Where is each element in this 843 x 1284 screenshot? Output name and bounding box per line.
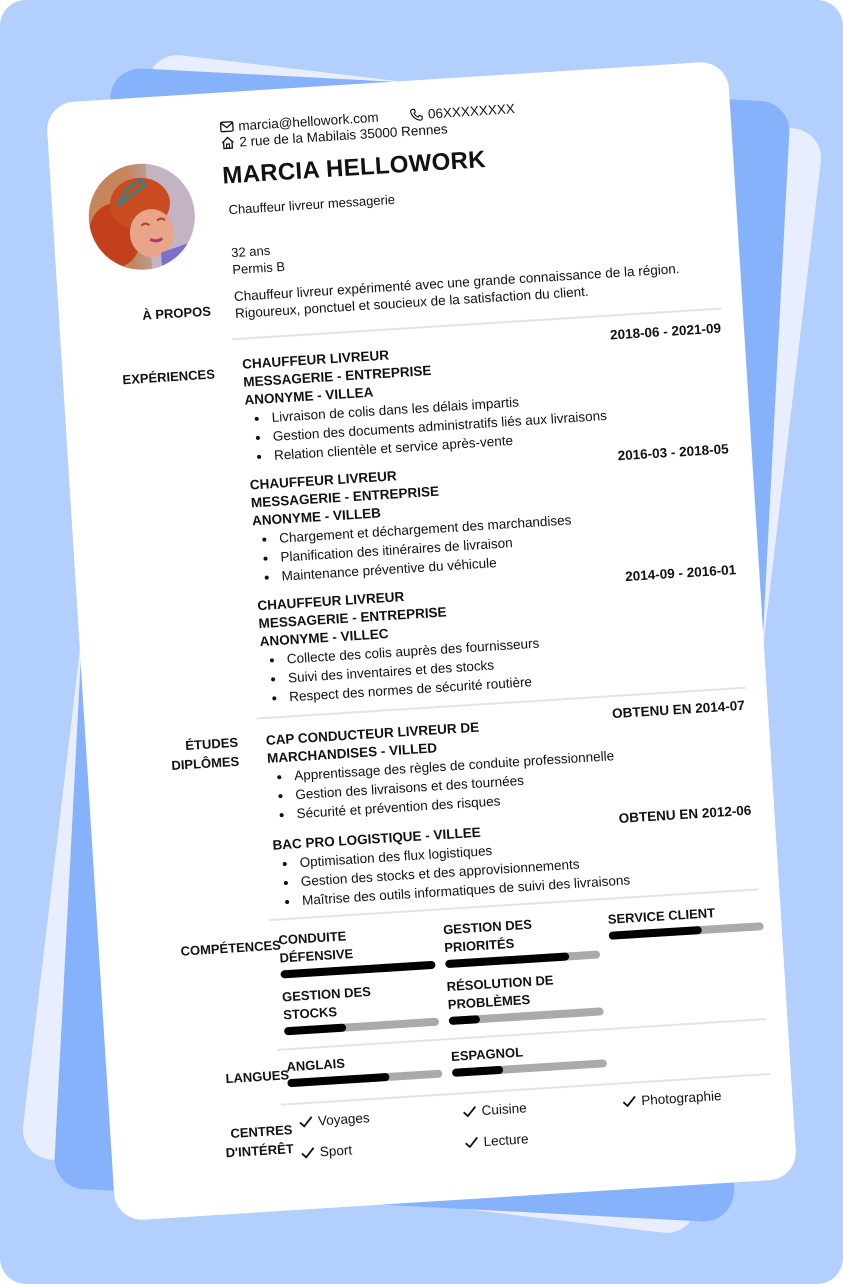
- check-icon: [463, 1135, 480, 1150]
- envelope-icon: [219, 119, 235, 135]
- interest-label: Lecture: [483, 1131, 529, 1149]
- skill-item: SERVICE CLIENT: [607, 901, 764, 940]
- check-icon: [621, 1094, 638, 1109]
- language-item: ESPAGNOL: [451, 1038, 608, 1077]
- avatar-photo: [86, 161, 198, 273]
- interest-label: Cuisine: [481, 1100, 527, 1118]
- check-icon: [299, 1145, 316, 1160]
- resume-card: marcia@hellowork.com 06XXXXXXXX 2 rue de…: [46, 61, 798, 1222]
- section-label-skills: COMPÉTENCES: [119, 935, 282, 964]
- avatar-illustration-icon: [86, 161, 198, 273]
- skill-name: CONDUITE DÉFENSIVE: [278, 925, 390, 968]
- skill-item: CONDUITE DÉFENSIVE: [278, 922, 436, 979]
- check-icon: [461, 1104, 478, 1119]
- check-icon: [298, 1114, 315, 1129]
- experience-item: CHAUFFEUR LIVREUR MESSAGERIE - ENTREPRIS…: [242, 337, 548, 467]
- interest-item: Voyages: [298, 1110, 371, 1129]
- job-title: Chauffeur livreur messagerie: [228, 192, 395, 217]
- skill-item: RÉSOLUTION DE PROBLÈMES: [446, 968, 604, 1025]
- interest-item: Photographie: [621, 1088, 722, 1109]
- language-item: ANGLAIS: [286, 1049, 443, 1088]
- interest-label: Sport: [319, 1142, 352, 1159]
- skill-bar-fill: [449, 1015, 480, 1025]
- experience-item: CHAUFFEUR LIVREUR MESSAGERIE - ENTREPRIS…: [249, 458, 555, 588]
- section-label-experience: EXPÉRIENCES: [82, 364, 215, 391]
- skill-name: GESTION DES PRIORITÉS: [443, 914, 555, 957]
- language-bar-fill: [452, 1066, 504, 1077]
- skill-name: RÉSOLUTION DE PROBLÈMES: [446, 971, 568, 1014]
- interest-item: Sport: [299, 1142, 352, 1160]
- interest-label: Voyages: [317, 1110, 370, 1128]
- section-label-about: À PROPOS: [79, 302, 212, 329]
- age: 32 ans: [231, 243, 271, 260]
- home-icon: [220, 135, 236, 151]
- experience-item: CHAUFFEUR LIVREUR MESSAGERIE - ENTREPRIS…: [257, 578, 563, 708]
- skill-bar-fill: [284, 1024, 346, 1036]
- section-label-interests: CENTRES D'INTÉRÊT: [130, 1120, 294, 1168]
- skill-item: GESTION DES PRIORITÉS: [443, 911, 601, 968]
- candidate-name: MARCIA HELLOWORK: [222, 146, 487, 191]
- skill-item: GESTION DES STOCKS: [282, 979, 440, 1036]
- skill-bar-fill: [609, 926, 702, 940]
- interest-item: Lecture: [463, 1131, 529, 1150]
- driving-license: Permis B: [232, 259, 286, 277]
- interest-item: Cuisine: [461, 1100, 527, 1119]
- phone-text: 06XXXXXXXX: [427, 101, 515, 121]
- phone-icon: [408, 107, 424, 123]
- section-label-languages: LANGUES: [127, 1065, 290, 1094]
- interest-label: Photographie: [641, 1088, 722, 1108]
- background-frame: marcia@hellowork.com 06XXXXXXXX 2 rue de…: [0, 0, 843, 1284]
- education-item: CAP CONDUCTEUR LIVREUR DE MARCHANDISES -…: [265, 705, 700, 825]
- contact-phone: 06XXXXXXXX: [408, 101, 515, 123]
- section-label-education: ÉTUDES DIPLÔMES: [106, 733, 240, 779]
- skill-name: GESTION DES STOCKS: [282, 982, 394, 1025]
